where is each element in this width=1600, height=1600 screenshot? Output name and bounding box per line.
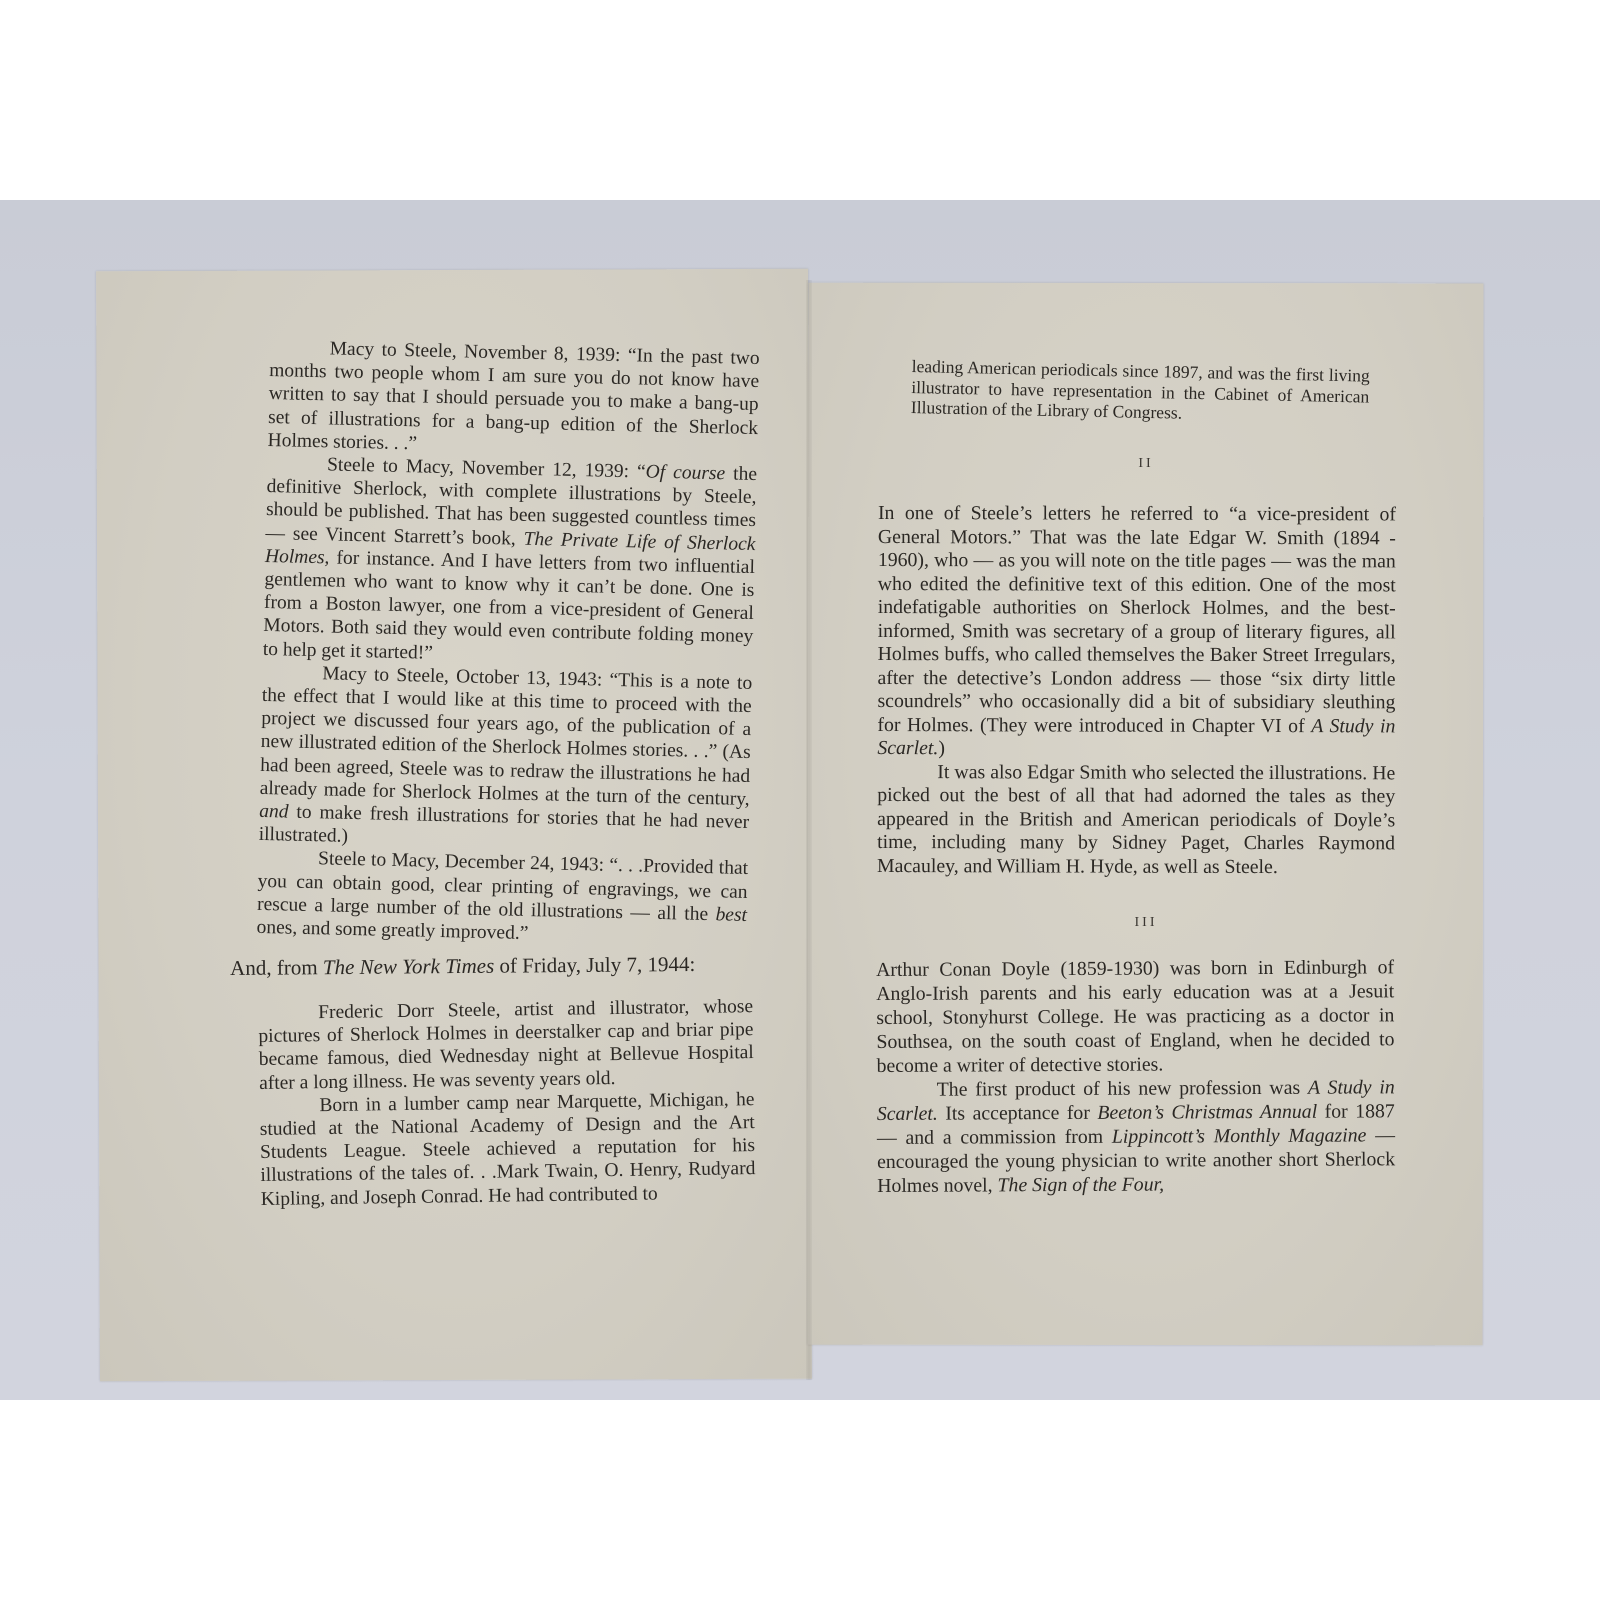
section-iii-text: Arthur Conan Doyle (1859-1930) was born …: [876, 955, 1395, 1198]
section-number-ii: II: [1106, 456, 1186, 472]
heading-publication: The New York Times: [323, 954, 495, 979]
paragraph: leading American periodicals since 1897,…: [911, 356, 1370, 427]
text: The first product of his new profession …: [937, 1077, 1308, 1101]
nyt-obituary-text: Frederic Dorr Steele, artist and illustr…: [258, 995, 756, 1211]
italic-text: best: [715, 904, 747, 926]
right-continuation-text: leading American periodicals since 1897,…: [911, 356, 1370, 427]
text: leading American periodicals since 1897,…: [911, 356, 1370, 423]
left-letters-text: Macy to Steele, November 8, 1939: “In th…: [256, 336, 760, 950]
italic-text: Lippincott’s Monthly Magazine: [1112, 1124, 1367, 1147]
text: Arthur Conan Doyle (1859-1930) was born …: [876, 956, 1394, 1077]
paragraph: It was also Edgar Smith who selected the…: [877, 760, 1395, 879]
heading-post: of Friday, July 7, 1944:: [494, 952, 695, 978]
paragraph: Arthur Conan Doyle (1859-1930) was born …: [876, 955, 1395, 1078]
text: ): [938, 737, 945, 759]
text: It was also Edgar Smith who selected the…: [877, 761, 1395, 878]
nyt-heading: And, from The New York Times of Friday, …: [230, 951, 770, 981]
text: Macy to Steele, October 13, 1943: “This …: [259, 663, 752, 810]
text: to make fresh illustrations for stories …: [258, 802, 749, 848]
italic-text: Beeton’s Christmas Annual: [1097, 1101, 1317, 1124]
section-ii-text: In one of Steele’s letters he referred t…: [877, 502, 1396, 879]
paragraph: Macy to Steele, November 8, 1939: “In th…: [267, 336, 760, 463]
text: Born in a lumber camp near Marquette, Mi…: [260, 1089, 756, 1210]
heading-pre: And, from: [230, 955, 323, 980]
text: Frederic Dorr Steele, artist and illustr…: [258, 996, 754, 1094]
paragraph: Born in a lumber camp near Marquette, Mi…: [259, 1088, 756, 1211]
book-gutter: [806, 280, 812, 1380]
text: Its acceptance for: [938, 1102, 1098, 1125]
paragraph: Macy to Steele, October 13, 1943: “This …: [258, 661, 752, 858]
italic-text: The Sign of the Four,: [997, 1173, 1164, 1196]
text: Macy to Steele, November 8, 1939: “In th…: [267, 338, 759, 454]
italic-text: and: [259, 801, 289, 823]
text: Steele to Macy, December 24, 1943: “. . …: [257, 849, 748, 925]
paragraph: Steele to Macy, December 24, 1943: “. . …: [256, 846, 748, 950]
section-number-iii: III: [1106, 915, 1186, 931]
italic-text: Of course: [645, 462, 725, 485]
paragraph: The first product of his new profession …: [877, 1075, 1396, 1198]
text: for instance. And I have letters from tw…: [263, 547, 755, 663]
text: In one of Steele’s letters he referred t…: [877, 502, 1396, 737]
paragraph: In one of Steele’s letters he referred t…: [877, 502, 1396, 762]
text: ones, and some greatly improved.”: [256, 917, 528, 944]
paragraph: Frederic Dorr Steele, artist and illustr…: [258, 995, 754, 1095]
paragraph: Steele to Macy, November 12, 1939: “Of c…: [263, 452, 758, 672]
